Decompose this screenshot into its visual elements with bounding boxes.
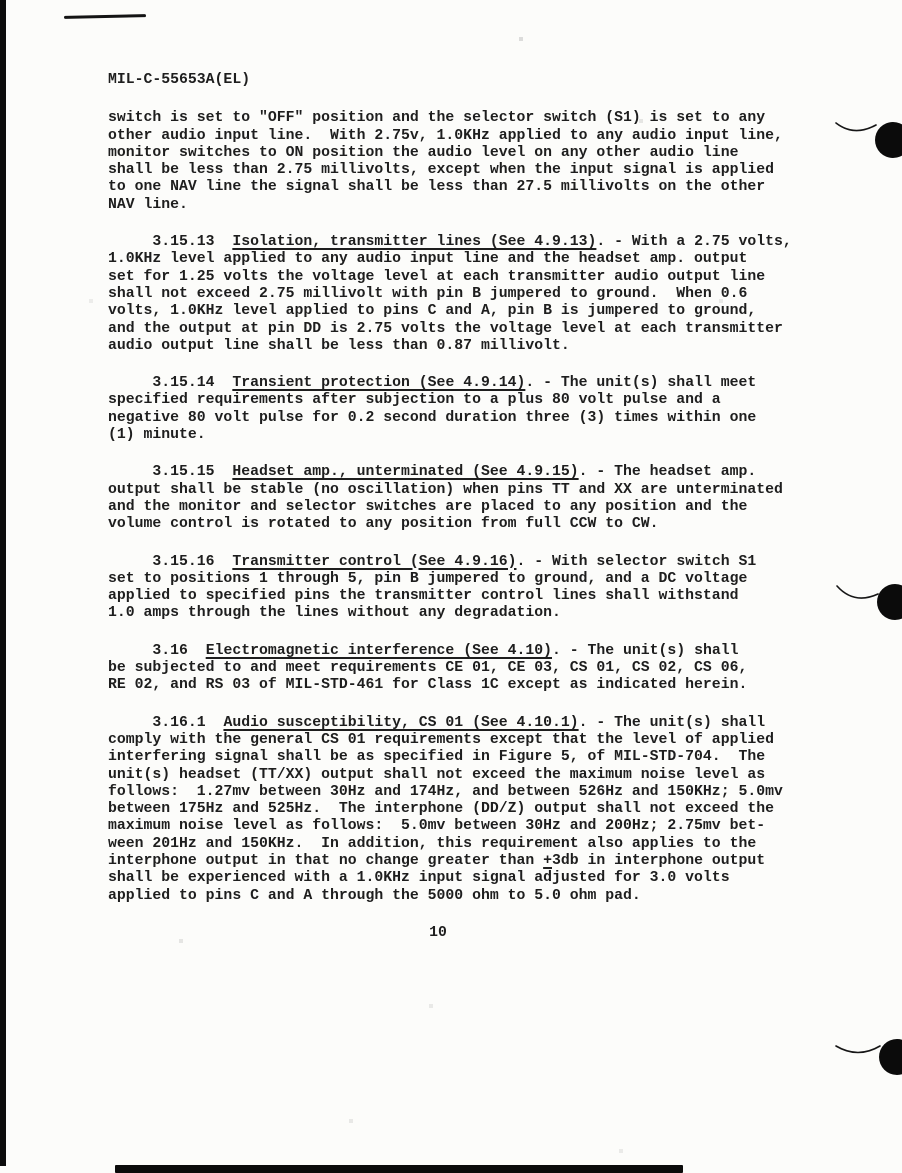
text-line: 3.15.14 Transient protection (See 4.9.14… <box>108 375 808 392</box>
paragraph: 3.16 Electromagnetic interference (See 4… <box>108 643 808 695</box>
text-line: 3.15.15 Headset amp., unterminated (See … <box>108 464 808 481</box>
text-line: and the monitor and selector switches ar… <box>108 499 808 516</box>
paragraph: 3.15.15 Headset amp., unterminated (See … <box>108 464 808 533</box>
text-line: interfering signal shall be as specified… <box>108 749 808 766</box>
text-line: (1) minute. <box>108 427 808 444</box>
text-line: maximum noise level as follows: 5.0mv be… <box>108 818 808 835</box>
pen-mark-icon <box>834 1036 882 1060</box>
text-line: shall not exceed 2.75 millivolt with pin… <box>108 286 808 303</box>
paragraph: switch is set to "OFF" position and the … <box>108 110 808 214</box>
scan-edge-bar <box>0 0 6 1166</box>
text-line: 3.15.16 Transmitter control (See 4.9.16)… <box>108 554 808 571</box>
text-line: negative 80 volt pulse for 0.2 second du… <box>108 410 808 427</box>
text-line: audio output line shall be less than 0.8… <box>108 338 808 355</box>
page-number: 10 <box>108 925 768 942</box>
text-line: follows: 1.27mv between 30Hz and 174Hz, … <box>108 784 808 801</box>
text-line: volts, 1.0KHz level applied to pins C an… <box>108 303 808 320</box>
paragraph: 3.15.14 Transient protection (See 4.9.14… <box>108 375 808 444</box>
text-line: interphone output in that no change grea… <box>108 853 808 870</box>
text-line: shall be less than 2.75 millivolts, exce… <box>108 162 808 179</box>
text-line: shall be experienced with a 1.0KHz input… <box>108 870 808 887</box>
binder-hole-icon <box>877 584 902 620</box>
text-line: unit(s) headset (TT/XX) output shall not… <box>108 767 808 784</box>
text-line: 3.16 Electromagnetic interference (See 4… <box>108 643 808 660</box>
text-line: set to positions 1 through 5, pin B jump… <box>108 571 808 588</box>
text-line: monitor switches to ON position the audi… <box>108 145 808 162</box>
text-line: be subjected to and meet requirements CE… <box>108 660 808 677</box>
text-line: between 175Hz and 525Hz. The interphone … <box>108 801 808 818</box>
text-line: to one NAV line the signal shall be less… <box>108 179 808 196</box>
paragraph: 3.15.16 Transmitter control (See 4.9.16)… <box>108 554 808 623</box>
paragraph: 3.15.13 Isolation, transmitter lines (Se… <box>108 234 808 355</box>
text-line: RE 02, and RS 03 of MIL-STD-461 for Clas… <box>108 677 808 694</box>
paragraph: 3.16.1 Audio susceptibility, CS 01 (See … <box>108 715 808 905</box>
binder-hole-icon <box>875 122 902 158</box>
document-text: switch is set to "OFF" position and the … <box>108 110 808 905</box>
text-line: ween 201Hz and 150KHz. In addition, this… <box>108 836 808 853</box>
document-id: MIL-C-55653A(EL) <box>108 72 808 89</box>
scan-bottom-bar <box>115 1165 683 1173</box>
text-line: set for 1.25 volts the voltage level at … <box>108 269 808 286</box>
text-line: NAV line. <box>108 197 808 214</box>
text-line: other audio input line. With 2.75v, 1.0K… <box>108 128 808 145</box>
scanned-document-page: MIL-C-55653A(EL) switch is set to "OFF" … <box>0 0 902 1173</box>
text-line: volume control is rotated to any positio… <box>108 516 808 533</box>
text-line: applied to specified pins the transmitte… <box>108 588 808 605</box>
text-line: 1.0KHz level applied to any audio input … <box>108 251 808 268</box>
pen-mark-icon <box>834 580 880 606</box>
text-line: and the output at pin DD is 2.75 volts t… <box>108 321 808 338</box>
text-line: switch is set to "OFF" position and the … <box>108 110 808 127</box>
text-line: applied to pins C and A through the 5000… <box>108 888 808 905</box>
text-line: 3.16.1 Audio susceptibility, CS 01 (See … <box>108 715 808 732</box>
pen-mark-icon <box>834 118 878 140</box>
binder-hole-icon <box>879 1039 902 1075</box>
scan-line-artifact <box>64 14 146 19</box>
text-line: output shall be stable (no oscillation) … <box>108 482 808 499</box>
text-line: comply with the general CS 01 requiremen… <box>108 732 808 749</box>
text-line: 3.15.13 Isolation, transmitter lines (Se… <box>108 234 808 251</box>
text-line: specified requirements after subjection … <box>108 392 808 409</box>
text-line: 1.0 amps through the lines without any d… <box>108 605 808 622</box>
document-body: MIL-C-55653A(EL) switch is set to "OFF" … <box>108 72 808 942</box>
